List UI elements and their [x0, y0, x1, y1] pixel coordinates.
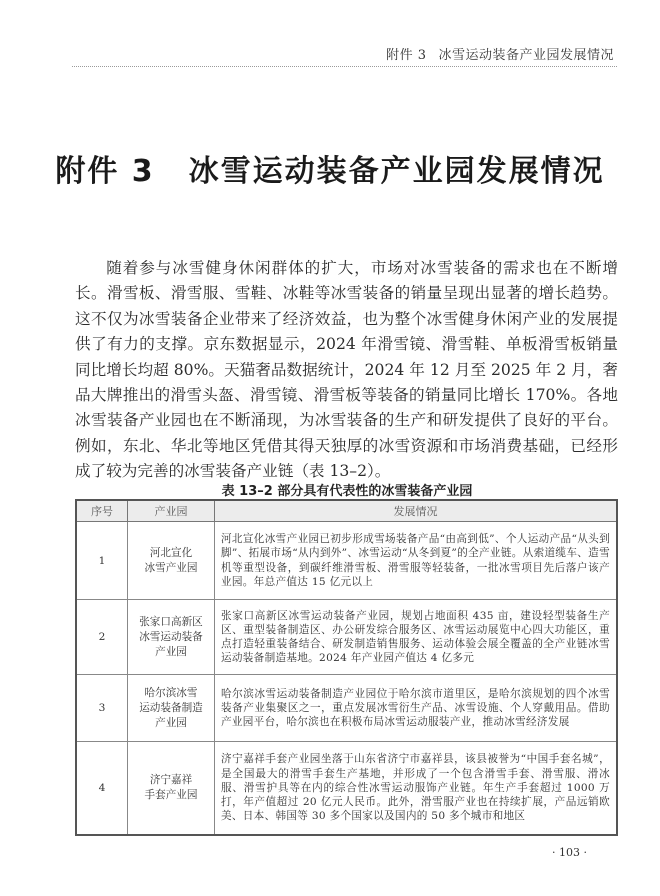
park-description: 张家口高新区冰雪运动装备产业园，规划占地面积 435 亩，建设轻型装备生产区、重…	[215, 600, 618, 675]
row-number: 3	[76, 675, 128, 742]
park-name-line: 冰雪运动装备	[132, 630, 210, 645]
park-name-line: 产业园	[132, 716, 210, 731]
running-head-title: 冰雪运动装备产业园发展情况	[438, 48, 614, 63]
header-park: 产业园	[128, 500, 215, 522]
park-name: 河北宣化 冰雪产业园	[128, 522, 215, 600]
park-description: 河北宣化冰雪产业园已初步形成雪场装备产品“由高到低”、个人运动产品“从头到脚”、…	[215, 522, 618, 600]
header-development: 发展情况	[215, 500, 618, 522]
park-description: 哈尔滨冰雪运动装备制造产业园位于哈尔滨市道里区，是哈尔滨规划的四个冰雪装备产业集…	[215, 675, 618, 742]
body-paragraph: 随着参与冰雪健身休闲群体的扩大，市场对冰雪装备的需求也在不断增长。滑雪板、滑雪服…	[75, 256, 618, 485]
table-row: 2 张家口高新区 冰雪运动装备 产业园 张家口高新区冰雪运动装备产业园，规划占地…	[76, 600, 617, 675]
park-name: 张家口高新区 冰雪运动装备 产业园	[128, 600, 215, 675]
park-name-line: 产业园	[132, 645, 210, 660]
table-caption: 表 13–2 部分具有代表性的冰雪装备产业园	[0, 480, 660, 499]
industrial-parks-table: 序号 产业园 发展情况 1 河北宣化 冰雪产业园 河北宣化冰雪产业园已初步形成雪…	[75, 499, 618, 836]
chapter-title-text: 冰雪运动装备产业园发展情况	[189, 154, 605, 189]
park-name-line: 冰雪产业园	[132, 561, 210, 576]
park-name-line: 运动装备制造	[132, 701, 210, 716]
row-number: 4	[76, 742, 128, 836]
table-row: 4 济宁嘉祥 手套产业园 济宁嘉祥手套产业园坐落于山东省济宁市嘉祥县，该县被誉为…	[76, 742, 617, 836]
table-row: 3 哈尔滨冰雪 运动装备制造 产业园 哈尔滨冰雪运动装备制造产业园位于哈尔滨市道…	[76, 675, 617, 742]
park-name: 济宁嘉祥 手套产业园	[128, 742, 215, 836]
chapter-label: 附件 3	[55, 154, 154, 189]
running-head: 附件 3冰雪运动装备产业园发展情况	[0, 44, 614, 63]
park-name-line: 河北宣化	[132, 546, 210, 561]
chapter-title: 附件 3冰雪运动装备产业园发展情况	[0, 146, 660, 190]
page-number: · 103 ·	[552, 846, 587, 859]
park-name: 哈尔滨冰雪 运动装备制造 产业园	[128, 675, 215, 742]
table-header-row: 序号 产业园 发展情况	[76, 500, 617, 522]
row-number: 2	[76, 600, 128, 675]
header-divider	[72, 66, 617, 67]
running-head-label: 附件 3	[386, 48, 426, 63]
park-name-line: 张家口高新区	[132, 615, 210, 630]
park-name-line: 济宁嘉祥	[132, 773, 210, 788]
park-name-line: 哈尔滨冰雪	[132, 686, 210, 701]
park-description: 济宁嘉祥手套产业园坐落于山东省济宁市嘉祥县，该县被誉为“中国手套名城”，是全国最…	[215, 742, 618, 836]
park-name-line: 手套产业园	[132, 788, 210, 803]
row-number: 1	[76, 522, 128, 600]
table-row: 1 河北宣化 冰雪产业园 河北宣化冰雪产业园已初步形成雪场装备产品“由高到低”、…	[76, 522, 617, 600]
header-no: 序号	[76, 500, 128, 522]
